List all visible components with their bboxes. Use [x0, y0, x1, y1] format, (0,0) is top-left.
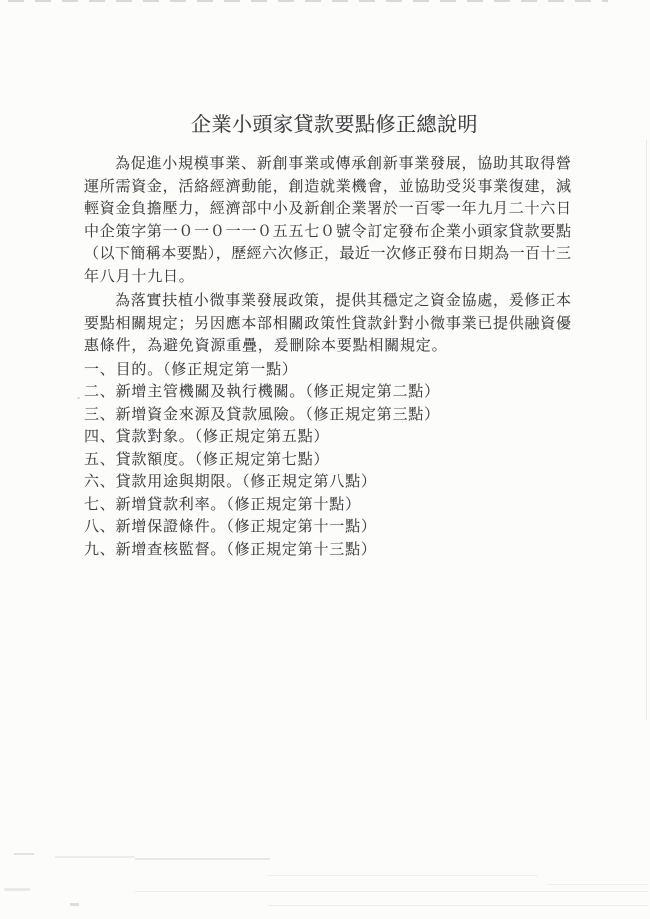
- document-body: 企業小頭家貸款要點修正總說明 為促進小規模事業、新創事業或傳承創新事業發展，協助…: [84, 111, 571, 560]
- list-item: 八、新增保證條件。（修正規定第十一點）: [84, 515, 571, 538]
- scan-artifact-speck: [77, 397, 80, 399]
- list-item: 四、貸款對象。（修正規定第五點）: [84, 425, 571, 448]
- scan-artifact-right-edge: [646, 140, 647, 720]
- scan-artifact-line: [548, 884, 648, 885]
- page-title: 企業小頭家貸款要點修正總說明: [84, 111, 571, 138]
- paragraph-line: 為落實扶植小微事業發展政策，提供其穩定之資金協處，爰修正本: [84, 289, 571, 312]
- scan-artifact-line: [14, 853, 34, 855]
- paragraph-1: 為促進小規模事業、新創事業或傳承創新事業發展，協助其取得營 運所需資金，活絡經濟…: [84, 152, 571, 287]
- paragraph-line: 惠條件，為避免資源重疊，爰刪除本要點相關規定。: [84, 334, 571, 357]
- paragraph-line: 運所需資金，活絡經濟動能，創造就業機會，並協助受災事業復建，減: [84, 175, 571, 198]
- scan-artifact-line: [135, 891, 648, 892]
- paragraph-line: 年八月十九日。: [84, 265, 571, 288]
- scan-artifact-line: [135, 858, 270, 860]
- list-item: 五、貸款額度。（修正規定第七點）: [84, 448, 571, 471]
- scan-artifact-line: [268, 905, 648, 906]
- scan-artifact-top-edge: [8, 0, 608, 2]
- list-item: 三、新增資金來源及貸款風險。（修正規定第三點）: [84, 403, 571, 426]
- scan-artifact-line: [268, 875, 538, 876]
- list-item: 七、新增貸款利率。（修正規定第十點）: [84, 493, 571, 516]
- scan-artifact-dot: [70, 903, 79, 906]
- scanned-document-page: 企業小頭家貸款要點修正總說明 為促進小規模事業、新創事業或傳承創新事業發展，協助…: [0, 0, 650, 919]
- scan-artifact-line: [55, 856, 135, 858]
- list-item: 二、新增主管機關及執行機關。（修正規定第二點）: [84, 380, 571, 403]
- paragraph-2: 為落實扶植小微事業發展政策，提供其穩定之資金協處，爰修正本 要點相關規定；另因應…: [84, 289, 571, 357]
- paragraph-line: 為促進小規模事業、新創事業或傳承創新事業發展，協助其取得營: [84, 152, 571, 175]
- paragraph-line: 輕資金負擔壓力，經濟部中小及新創企業署於一百零一年九月二十六日: [84, 197, 571, 220]
- amendment-list: 一、目的。（修正規定第一點） 二、新增主管機關及執行機關。（修正規定第二點） 三…: [84, 358, 571, 561]
- paragraph-line: 要點相關規定；另因應本部相關政策性貸款針對小微事業已提供融資優: [84, 312, 571, 335]
- list-item: 六、貸款用途與期限。（修正規定第八點）: [84, 470, 571, 493]
- paragraph-line: （以下簡稱本要點），歷經六次修正，最近一次修正發布日期為一百十三: [84, 242, 571, 265]
- list-item: 一、目的。（修正規定第一點）: [84, 358, 571, 381]
- paragraph-line: 中企策字第一０一０一一０五五七０號令訂定發布企業小頭家貸款要點: [84, 220, 571, 243]
- list-item: 九、新增查核監督。（修正規定第十三點）: [84, 538, 571, 561]
- scan-artifact-smudge: [4, 888, 30, 891]
